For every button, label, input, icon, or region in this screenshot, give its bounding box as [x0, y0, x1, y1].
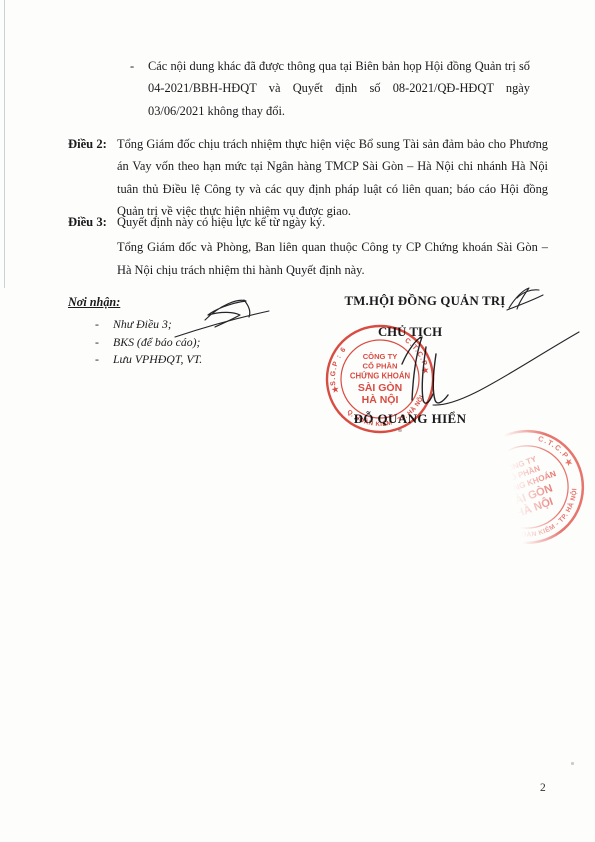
company-seal-icon: S.G.P : 6 C.T.C.P Q. HOÀN KIẾM - TP. HÀ … — [451, 411, 595, 562]
recipients-item-text: Như Điều 3; — [113, 317, 172, 331]
article-2-body: Tổng Giám đốc chịu trách nhiệm thực hiện… — [117, 133, 548, 222]
article-3-body: Quyết định này có hiệu lực kể từ ngày ký… — [117, 211, 548, 281]
bullet-dash: - — [130, 55, 134, 77]
article-3-label: Điều 3: — [68, 211, 117, 281]
page-number: 2 — [540, 782, 546, 794]
article-3-paragraph: Quyết định này có hiệu lực kể từ ngày ký… — [117, 211, 548, 233]
recipients-item: - Lưu VPHĐQT, VT. — [68, 351, 278, 369]
bullet-paragraph-text: Các nội dung khác đã được thông qua tại … — [148, 55, 530, 122]
list-dash: - — [95, 334, 99, 352]
article-2-label: Điều 2: — [68, 133, 117, 222]
article-3: Điều 3: Quyết định này có hiệu lực kể từ… — [68, 211, 548, 281]
document-page: - Các nội dung khác đã được thông qua tạ… — [0, 0, 595, 842]
list-dash: - — [95, 351, 99, 369]
article-2-paragraph: Tổng Giám đốc chịu trách nhiệm thực hiện… — [117, 133, 548, 222]
article-2: Điều 2: Tổng Giám đốc chịu trách nhiệm t… — [68, 133, 548, 222]
star-icon: ★ — [331, 384, 341, 394]
scan-artifact-speck — [571, 762, 574, 765]
recipients-item-text: Lưu VPHĐQT, VT. — [113, 352, 202, 366]
article-3-paragraph: Tổng Giám đốc và Phòng, Ban liên quan th… — [117, 236, 548, 281]
paraph-signature — [505, 286, 545, 312]
recipient-copy-signature — [172, 294, 272, 340]
seal-arc-top-left: S.G.P : 6 — [458, 464, 503, 514]
board-heading: TM.HỘI ĐỒNG QUẢN TRỊ — [330, 294, 520, 309]
scan-artifact-line — [4, 0, 5, 288]
list-dash: - — [95, 316, 99, 334]
svg-text:S.G.P : 6: S.G.P : 6 — [458, 464, 503, 514]
company-seal-stamp-faded: S.G.P : 6 C.T.C.P Q. HOÀN KIẾM - TP. HÀ … — [451, 411, 595, 562]
chairman-signature — [393, 322, 588, 417]
bullet-paragraph: - Các nội dung khác đã được thông qua tạ… — [130, 55, 530, 122]
